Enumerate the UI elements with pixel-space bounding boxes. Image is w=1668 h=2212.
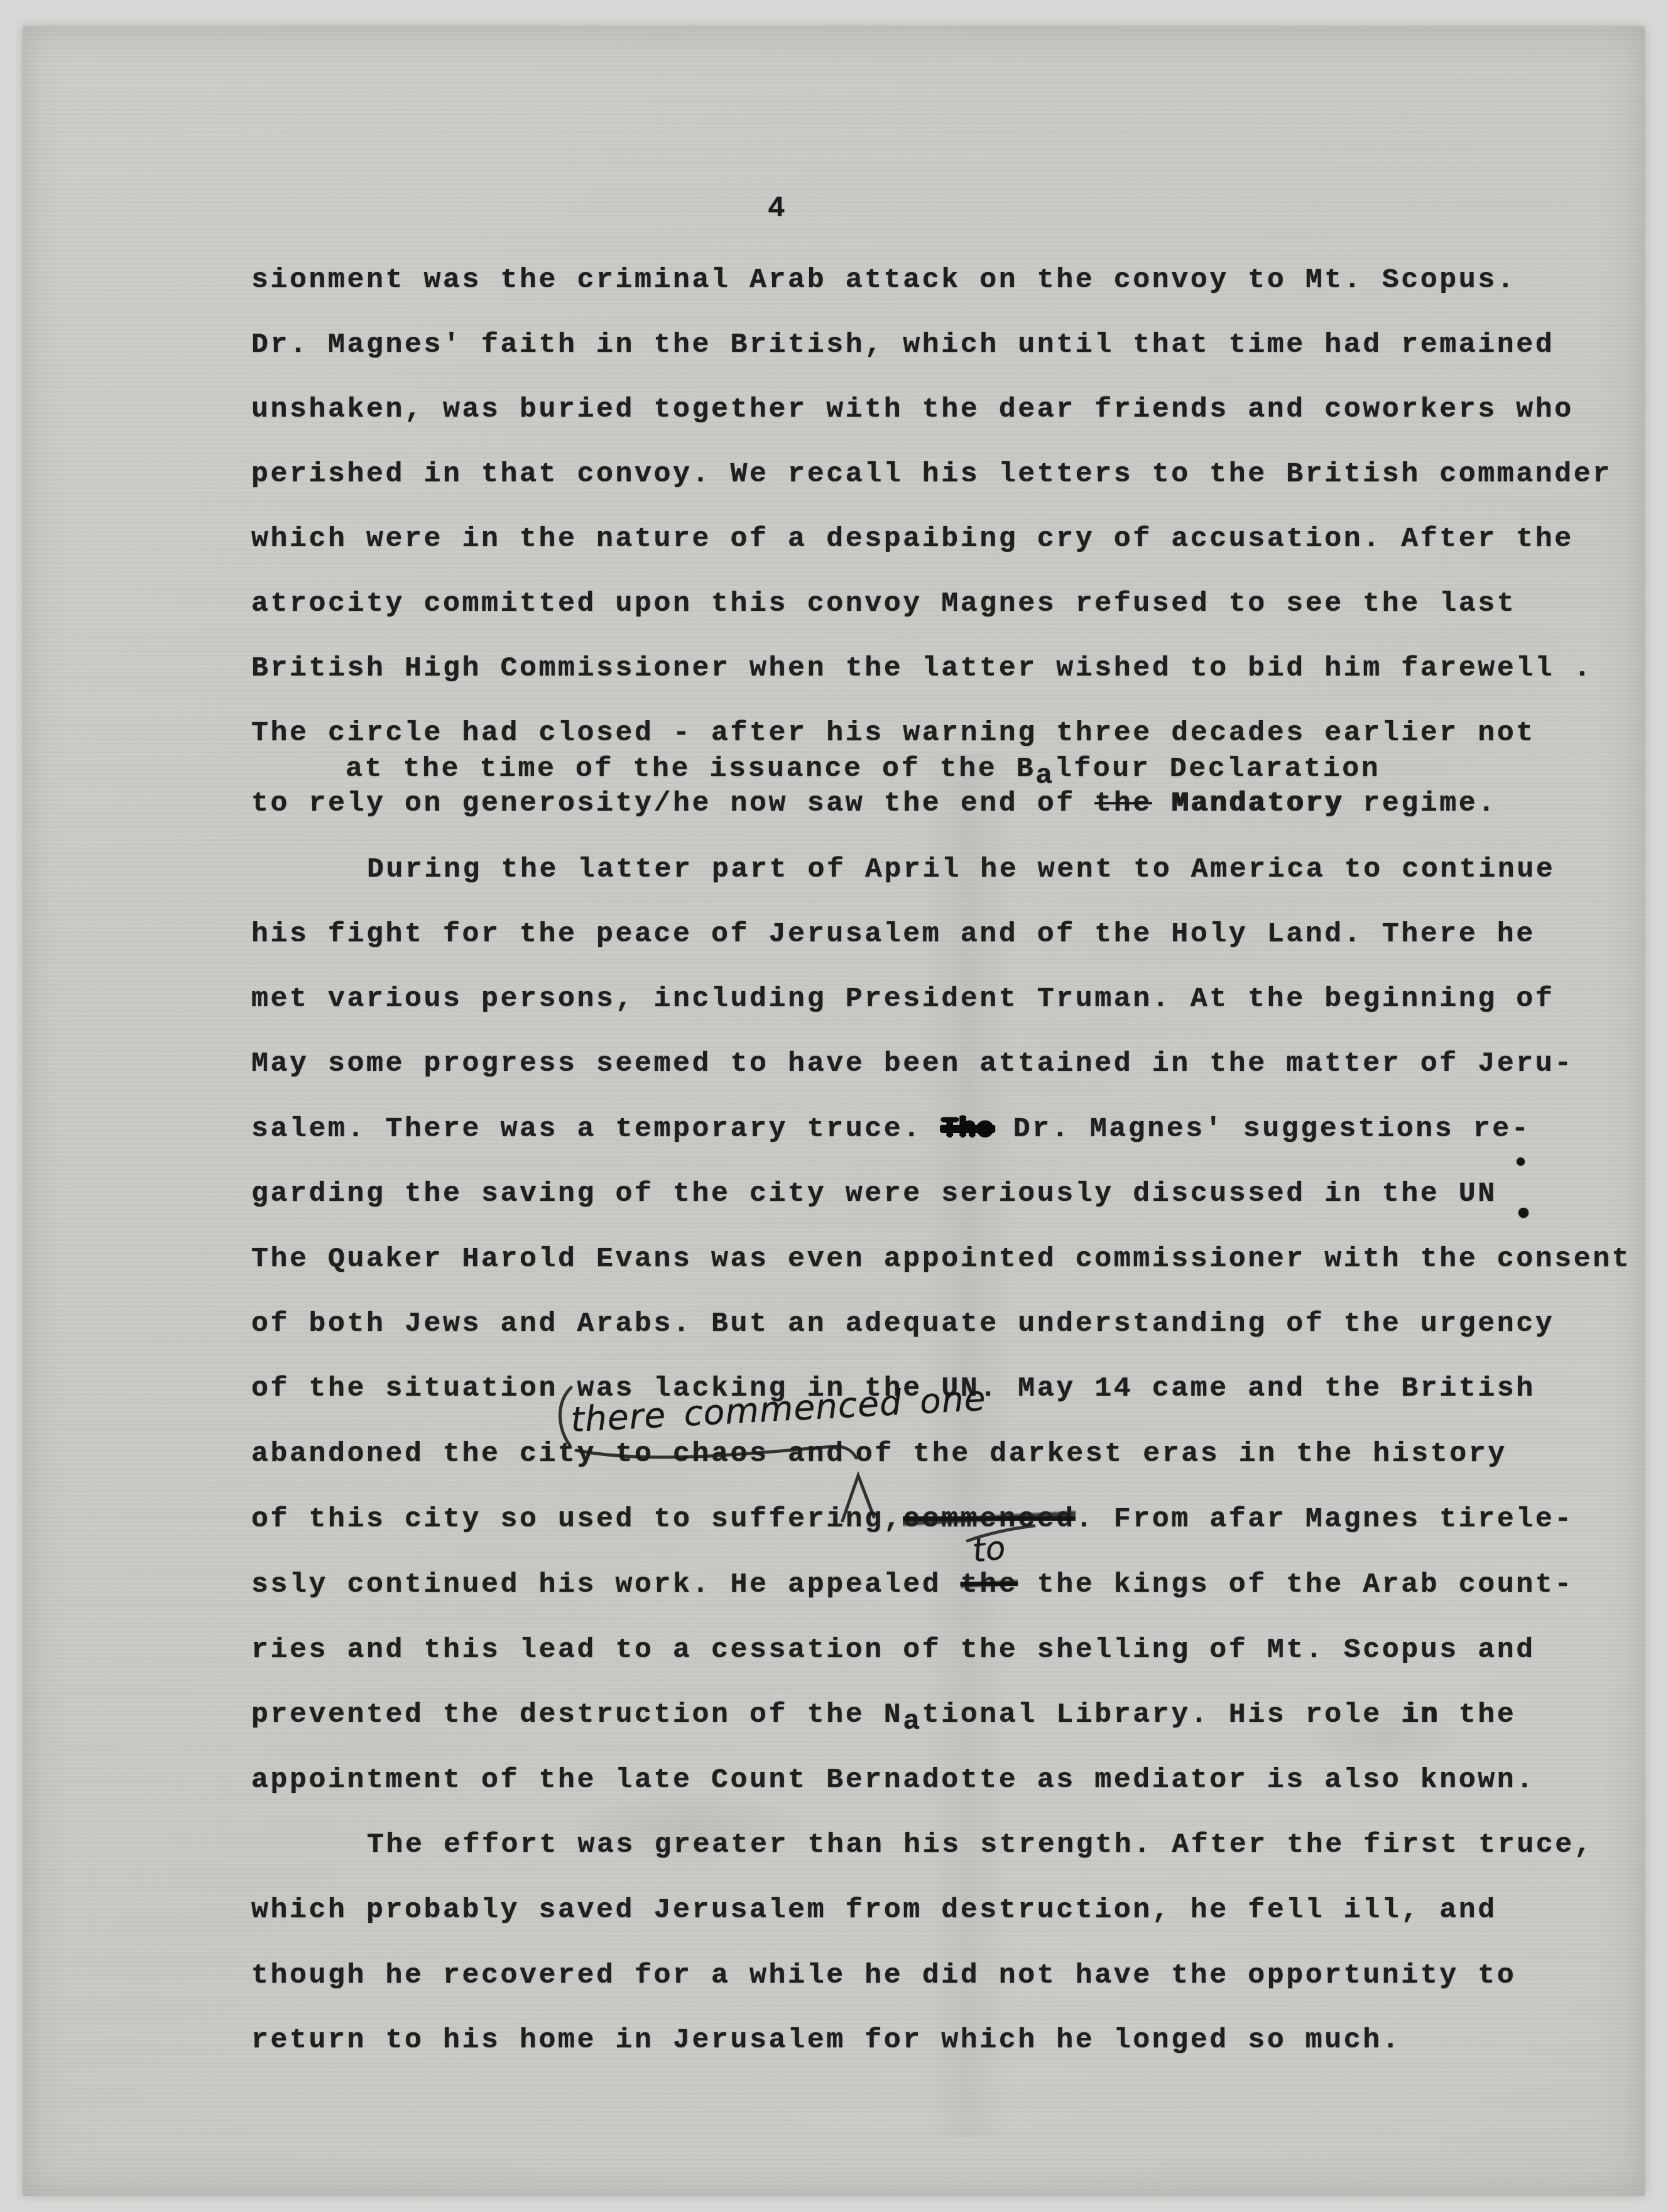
typed-line: atrocity committed upon this convoy Magn… — [251, 588, 1516, 620]
typed-line: May some progress seemed to have been at… — [251, 1048, 1574, 1080]
typed-line: unshaken, was buried together with the d… — [251, 393, 1574, 426]
typed-line: his fight for the peace of Jerusalem and… — [251, 918, 1535, 951]
line-segment — [1152, 787, 1172, 819]
line-segment: at the time of the issuance of the B — [346, 753, 1035, 785]
scanned-page: { "doc": { "page_number": "4", "lines": … — [0, 0, 1668, 2212]
line-segment: tional Library. His role — [922, 1699, 1402, 1731]
typed-line: ries and this lead to a cessation of the… — [251, 1634, 1535, 1667]
typed-line: of both Jews and Arabs. But an adequate … — [251, 1308, 1554, 1340]
typed-line: British High Commissioner when the latte… — [251, 652, 1593, 685]
line-segment: the — [1439, 1699, 1516, 1731]
typed-line-inserted: at the time of the issuance of the Balfo… — [346, 753, 1380, 786]
typed-line: salem. There was a temporary truce. The … — [251, 1113, 1530, 1146]
line-segment: of this city so used to suffering, — [251, 1503, 903, 1535]
stray-period-dot — [1518, 1208, 1529, 1218]
line-segment: abandoned the city to chaos and — [251, 1438, 846, 1470]
typed-line: prevented the destruction of the Nationa… — [251, 1699, 1516, 1731]
typed-line: to rely on generosity/he now saw the end… — [251, 787, 1497, 820]
typed-line: Dr. Magnes' faith in the British, which … — [251, 329, 1554, 361]
typed-line: abandoned the city to chaos andof the da… — [251, 1438, 1507, 1470]
line-segment: the kings of the Arab count- — [1018, 1569, 1574, 1601]
struck-word: the — [1094, 787, 1152, 819]
typed-line: ssly continued his work. He appealed the… — [251, 1569, 1574, 1601]
typed-line: though he recovered for a while he did n… — [251, 1959, 1516, 1992]
line-segment: . From afar Magnes tirele- — [1076, 1503, 1574, 1535]
overtyped-word: Mandatory — [1171, 787, 1344, 819]
line-segment: to rely on generosity/he now saw the end… — [251, 787, 1094, 819]
line-segment: of the darkest eras in the history — [856, 1438, 1507, 1470]
line-segment: salem. There was a temporary truce. — [251, 1113, 941, 1145]
typed-line: sionment was the criminal Arab attack on… — [251, 264, 1516, 297]
typed-line: which were in the nature of a despaibing… — [251, 523, 1574, 556]
line-segment: Dr. Magnes' suggestions re- — [994, 1113, 1530, 1145]
typed-line: The effort was greater than his strength… — [367, 1829, 1593, 1861]
typed-line: The Quaker Harold Evans was even appoint… — [251, 1243, 1631, 1276]
handwritten-to: to — [971, 1529, 1007, 1570]
pen-struck-word: the — [961, 1569, 1018, 1601]
typed-line: perished in that convoy. We recall his l… — [251, 458, 1612, 491]
overtyped-word: in — [1401, 1699, 1439, 1731]
line-segment: lfour Declaration — [1055, 753, 1381, 785]
line-segment: ssly continued his work. He appealed — [251, 1569, 961, 1601]
typed-line: return to his home in Jerusalem for whic… — [251, 2024, 1401, 2057]
typed-line: appointment of the late Count Bernadotte… — [251, 1764, 1535, 1797]
stray-period-dot — [1517, 1158, 1525, 1166]
dropped-letter: a — [903, 1706, 922, 1738]
typed-line: which probably saved Jerusalem from dest… — [251, 1894, 1497, 1927]
line-segment: regime. — [1344, 787, 1497, 819]
typed-line: of this city so used to suffering,commen… — [251, 1503, 1574, 1536]
line-segment: prevented the destruction of the N — [251, 1699, 903, 1731]
page-number: 4 — [768, 192, 787, 225]
xed-out-word: The — [941, 1113, 994, 1145]
typed-line: The circle had closed - after his warnin… — [251, 717, 1535, 750]
typed-line: During the latter part of April he went … — [367, 853, 1555, 886]
typed-line: met various persons, including President… — [251, 983, 1554, 1016]
typed-line: garding the saving of the city were seri… — [251, 1178, 1497, 1210]
